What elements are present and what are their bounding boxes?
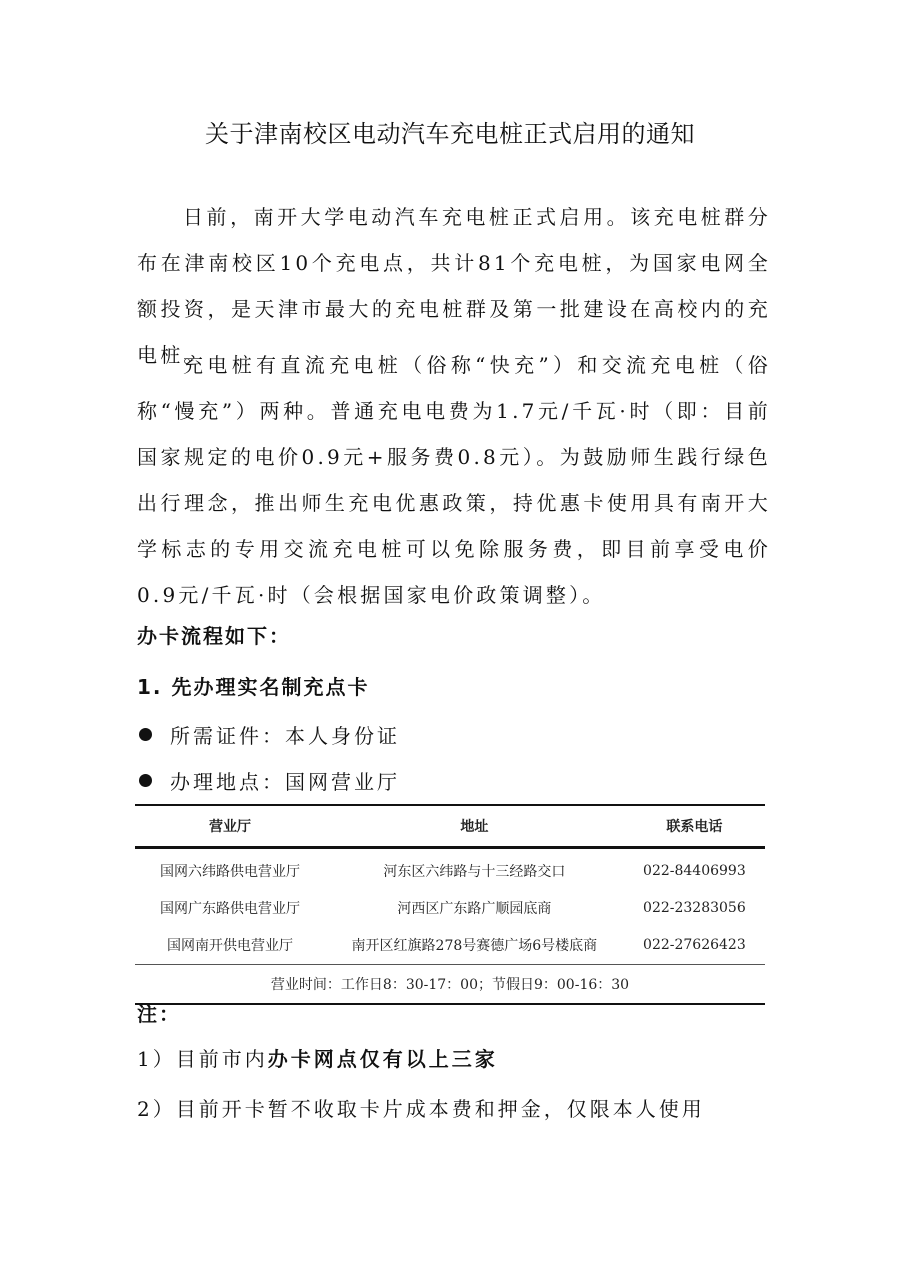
table-header-row: 营业厅 地址 联系电话	[135, 805, 765, 848]
note-prefix: 1）	[137, 1047, 176, 1071]
business-hours: 营业时间：工作日8：30-17：00；节假日9：00-16：30	[135, 965, 765, 1005]
note-prefix: 2）	[137, 1097, 176, 1121]
process-heading: 办卡流程如下：	[137, 620, 291, 649]
note-item-1: 1）目前市内办卡网点仅有以上三家	[137, 1043, 498, 1072]
table-row: 国网广东路供电营业厅 河西区广东路广顺园底商 022-23283056	[135, 889, 765, 926]
note-item-2: 2）目前开卡暂不收取卡片成本费和押金，仅限本人使用	[137, 1093, 705, 1122]
bullet-text: 所需证件：本人身份证	[170, 720, 400, 749]
notes-heading: 注：	[137, 998, 181, 1027]
header-hall: 营业厅	[135, 805, 325, 848]
cell-address: 南开区红旗路278号赛德广场6号楼底商	[325, 926, 624, 965]
note-emphasis: 办卡网点仅有以上三家	[268, 1047, 498, 1071]
cell-address: 河东区六纬路与十三经路交口	[325, 848, 624, 890]
bullet-item-documents: 所需证件：本人身份证	[137, 720, 400, 749]
bullet-dot-icon	[139, 774, 152, 787]
cell-phone: 022-27626423	[624, 926, 765, 965]
header-phone: 联系电话	[624, 805, 765, 848]
paragraph-pricing: 充电桩有直流充电桩（俗称“快充”）和交流充电桩（俗称“慢充”）两种。普通充电电费…	[137, 342, 771, 618]
bullet-text: 办理地点：国网营业厅	[170, 766, 400, 795]
note-text: 目前市内	[176, 1047, 268, 1071]
table-row: 国网南开供电营业厅 南开区红旗路278号赛德广场6号楼底商 022-276264…	[135, 926, 765, 965]
note-text: 目前开卡暂不收取卡片成本费和押金，仅限本人使用	[176, 1097, 705, 1121]
step1-heading: 1. 先办理实名制充点卡	[137, 671, 369, 700]
document-page: 关于津南校区电动汽车充电桩正式启用的通知 日前，南开大学电动汽车充电桩正式启用。…	[0, 0, 900, 1272]
document-title: 关于津南校区电动汽车充电桩正式启用的通知	[0, 114, 900, 149]
bullet-dot-icon	[139, 728, 152, 741]
cell-hall: 国网六纬路供电营业厅	[135, 848, 325, 890]
cell-hall: 国网南开供电营业厅	[135, 926, 325, 965]
cell-address: 河西区广东路广顺园底商	[325, 889, 624, 926]
table-footer-row: 营业时间：工作日8：30-17：00；节假日9：00-16：30	[135, 965, 765, 1005]
cell-hall: 国网广东路供电营业厅	[135, 889, 325, 926]
cell-phone: 022-84406993	[624, 848, 765, 890]
header-address: 地址	[325, 805, 624, 848]
service-hall-table: 营业厅 地址 联系电话 国网六纬路供电营业厅 河东区六纬路与十三经路交口 022…	[135, 804, 765, 1005]
bullet-item-location: 办理地点：国网营业厅	[137, 766, 400, 795]
cell-phone: 022-23283056	[624, 889, 765, 926]
table-row: 国网六纬路供电营业厅 河东区六纬路与十三经路交口 022-84406993	[135, 848, 765, 890]
